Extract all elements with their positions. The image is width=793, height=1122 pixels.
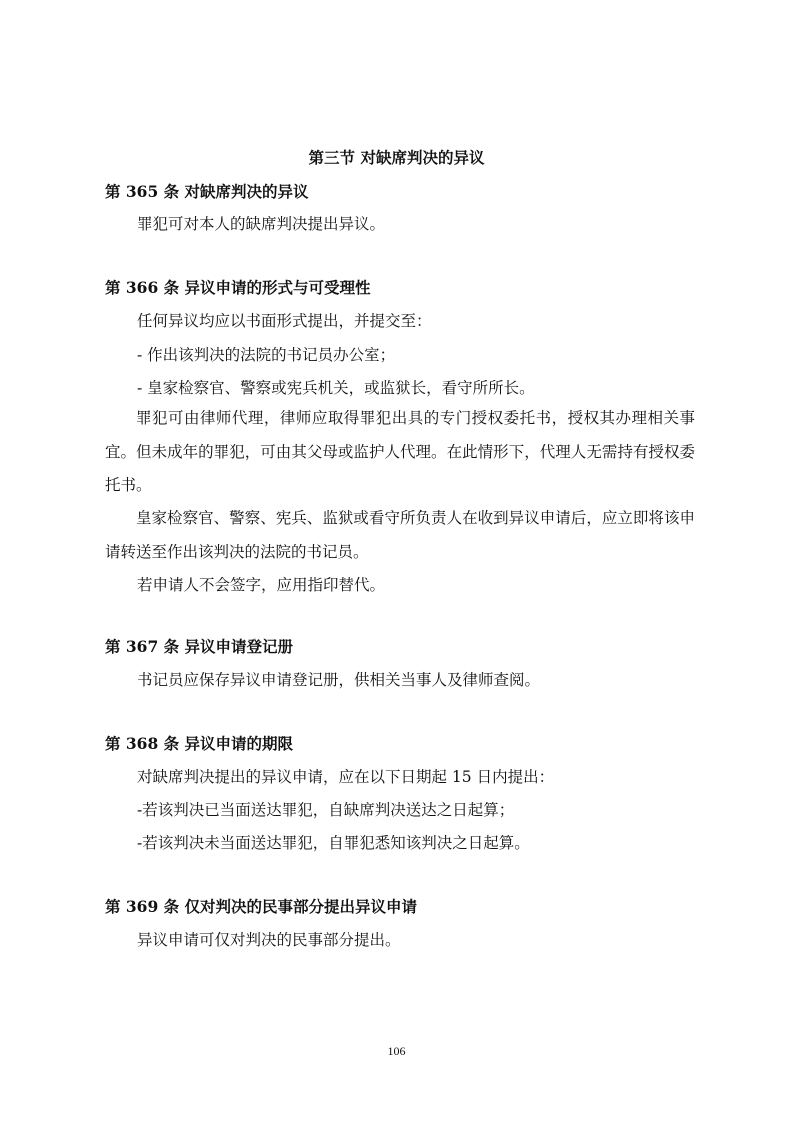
article-367-paragraph: 书记员应保存异议申请登记册，供相关当事人及律师查阅。 <box>137 670 540 690</box>
article-367-heading: 第 367 条 异议申请登记册 <box>105 637 293 657</box>
section-title: 第三节 对缺席判决的异议 <box>0 148 793 168</box>
article-369-paragraph: 异议申请可仅对判决的民事部分提出。 <box>137 930 401 950</box>
document-page: 第三节 对缺席判决的异议 第 365 条 对缺席判决的异议 罪犯可对本人的缺席判… <box>0 0 793 1122</box>
article-366-heading: 第 366 条 异议申请的形式与可受理性 <box>105 278 371 298</box>
article-366-list-item: - 皇家检察官、警察或宪兵机关，或监狱长，看守所所长。 <box>137 378 535 398</box>
article-365-heading: 第 365 条 对缺席判决的异议 <box>105 182 309 202</box>
article-366-paragraph: 罪犯可由律师代理，律师应取得罪犯出具的专门授权委托书，授权其办理相关事宜。但未成… <box>105 402 695 503</box>
article-365-paragraph: 罪犯可对本人的缺席判决提出异议。 <box>137 214 385 234</box>
article-366-paragraph: 若申请人不会签字，应用指印替代。 <box>137 575 385 595</box>
article-368-list-item: -若该判决未当面送达罪犯，自罪犯悉知该判决之日起算。 <box>137 833 530 853</box>
page-number: 106 <box>0 1043 793 1059</box>
article-368-paragraph: 对缺席判决提出的异议申请，应在以下日期起 15 日内提出： <box>137 767 554 787</box>
article-368-list-item: -若该判决已当面送达罪犯，自缺席判决送达之日起算； <box>137 800 514 820</box>
article-366-paragraph: 皇家检察官、警察、宪兵、监狱或看守所负责人在收到异议申请后，应立即将该申请转送至… <box>105 502 695 569</box>
article-368-heading: 第 368 条 异议申请的期限 <box>105 734 293 754</box>
article-369-heading: 第 369 条 仅对判决的民事部分提出异议申请 <box>105 897 417 917</box>
article-366-paragraph: 任何异议均应以书面形式提出，并提交至： <box>137 311 432 331</box>
article-366-list-item: - 作出该判决的法院的书记员办公室； <box>137 345 395 365</box>
